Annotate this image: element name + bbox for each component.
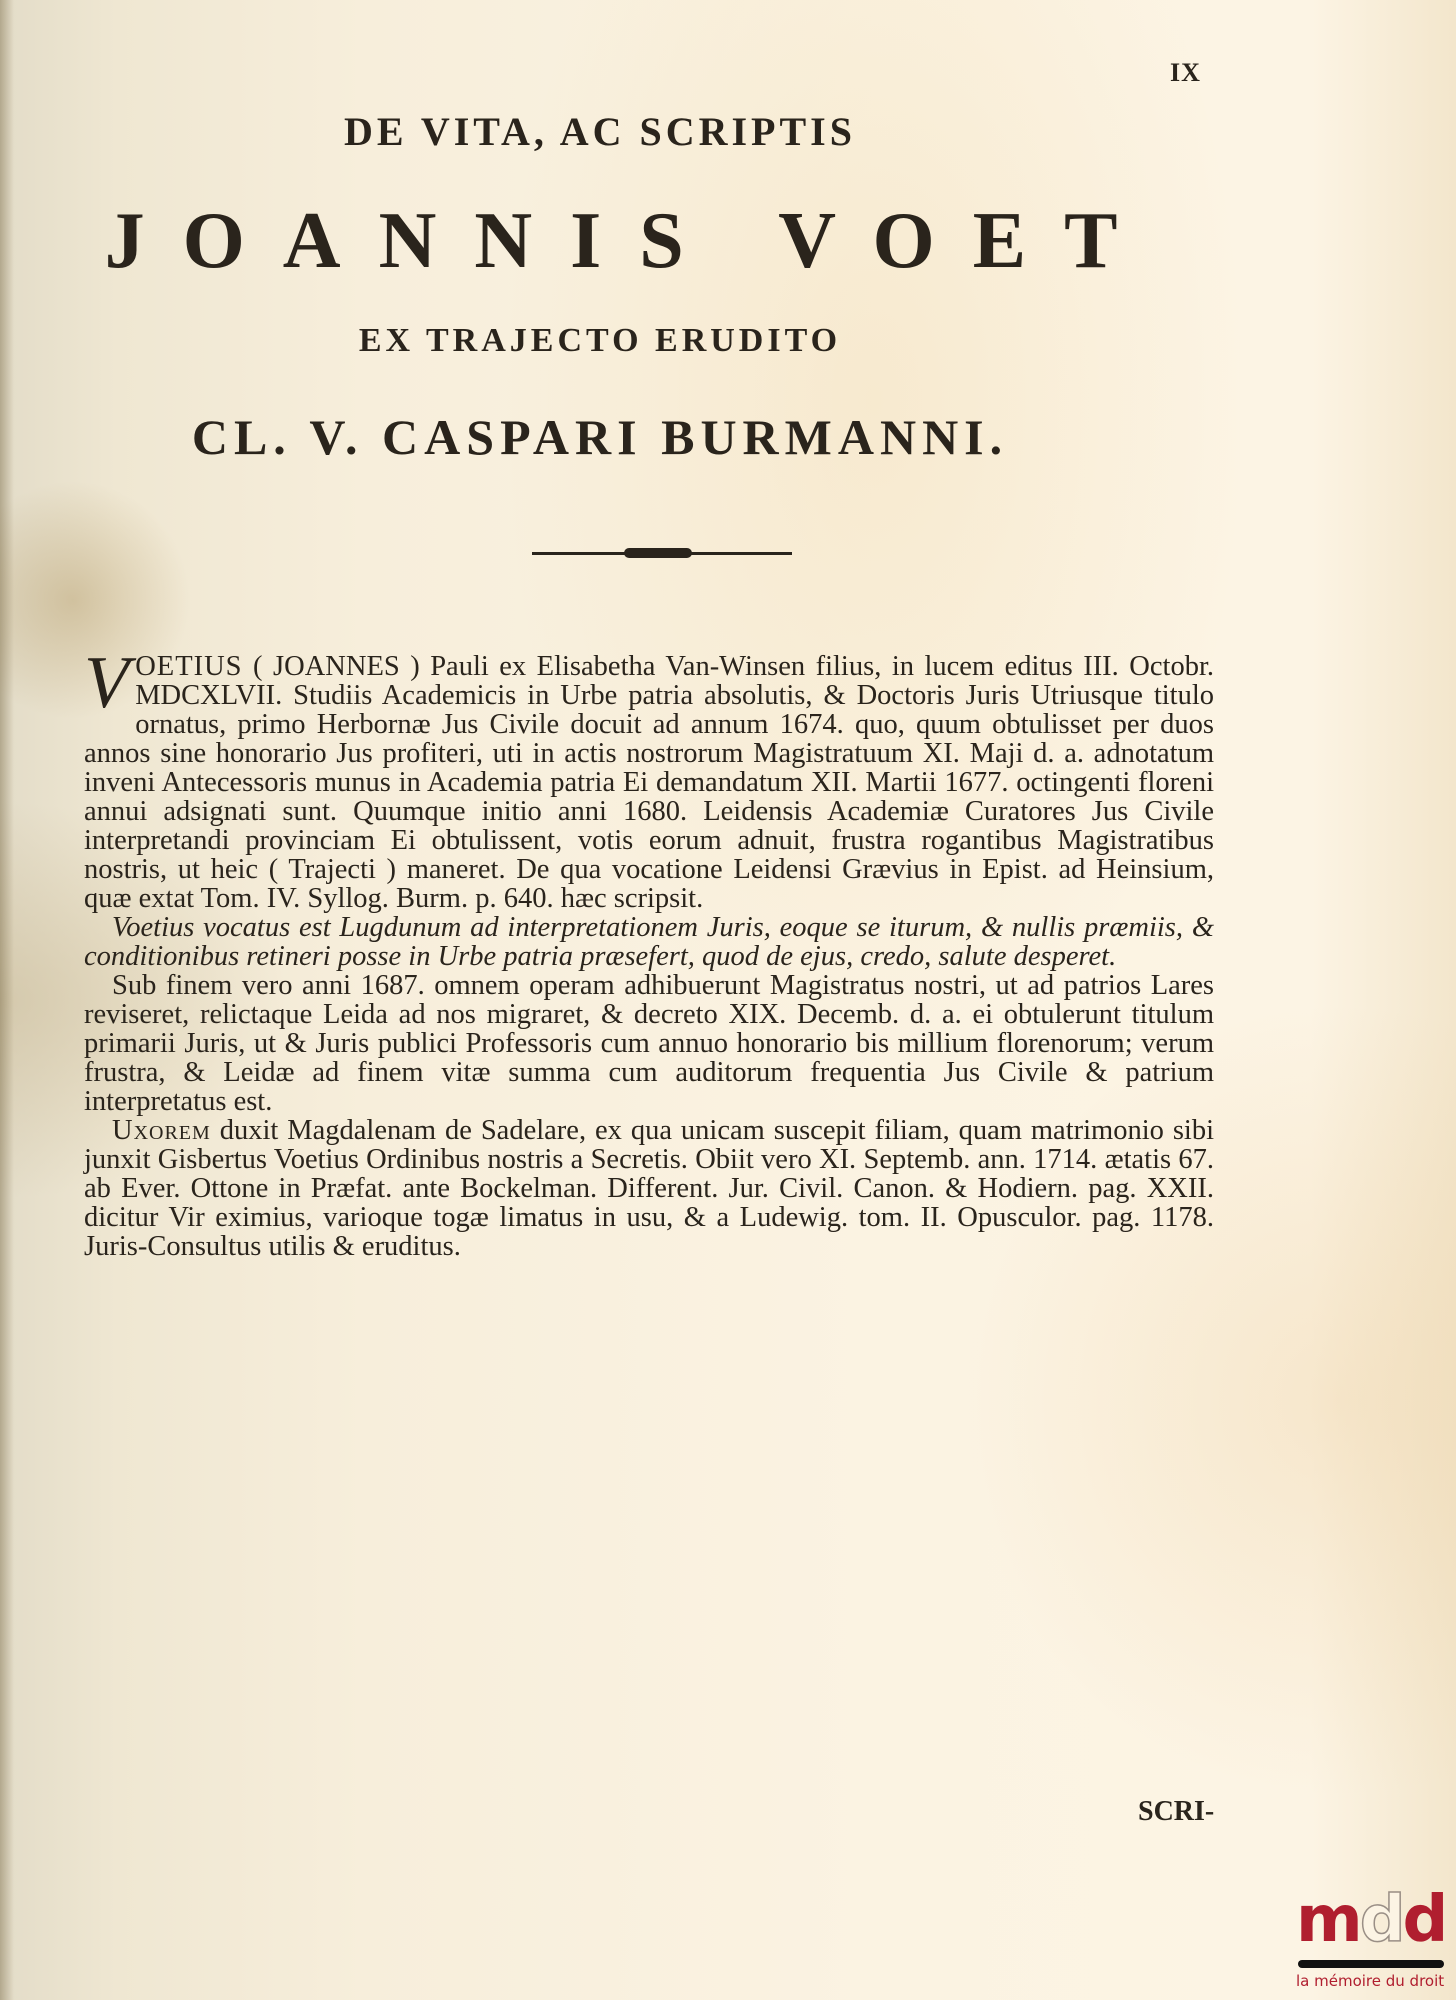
logo-bar [1298,1960,1444,1968]
logo-mark-icon: mdd [1296,1888,1445,1952]
para3-smallcaps: Uxorem [112,1115,211,1146]
mdd-logo: mdd la mémoire du droit [1296,1888,1456,2000]
paragraph-2: Sub finem vero anni 1687. omnem operam a… [84,971,1214,1116]
rule-center [624,548,692,558]
scanned-page: IX DE VITA, AC SCRIPTIS JOANNIS VOET EX … [0,0,1456,2000]
paragraph-3: Uxorem duxit Magdalenam de Sadelare, ex … [84,1116,1214,1261]
rule-right [688,552,792,555]
logo-text: la mémoire du droit [1296,1972,1444,1990]
quotation: Voetius vocatus est Lugdunum ad interpre… [84,913,1214,971]
heading-line-1: DE VITA, AC SCRIPTIS [0,108,1200,155]
para3-text: duxit Magdalenam de Sadelare, ex qua uni… [84,1115,1214,1262]
para1-text: ( JOANNES ) Pauli ex Elisabetha Van-Wins… [84,651,1214,914]
paragraph-1: VOETIUS ( JOANNES ) Pauli ex Elisabetha … [84,652,1214,913]
drop-cap: V [84,654,129,712]
ornamental-rule [532,548,792,558]
rule-left [532,552,628,555]
heading-author: CL. V. CASPARI BURMANNI. [0,408,1200,466]
binding-shadow [0,0,14,2000]
heading-title: JOANNIS VOET [0,196,1230,287]
heading-line-3: EX TRAJECTO ERUDITO [0,322,1200,360]
body-text: VOETIUS ( JOANNES ) Pauli ex Elisabetha … [84,652,1214,1261]
para1-smallcaps: OETIUS [135,651,242,682]
catchword: SCRI- [1138,1796,1214,1828]
page-number: IX [1170,58,1201,88]
